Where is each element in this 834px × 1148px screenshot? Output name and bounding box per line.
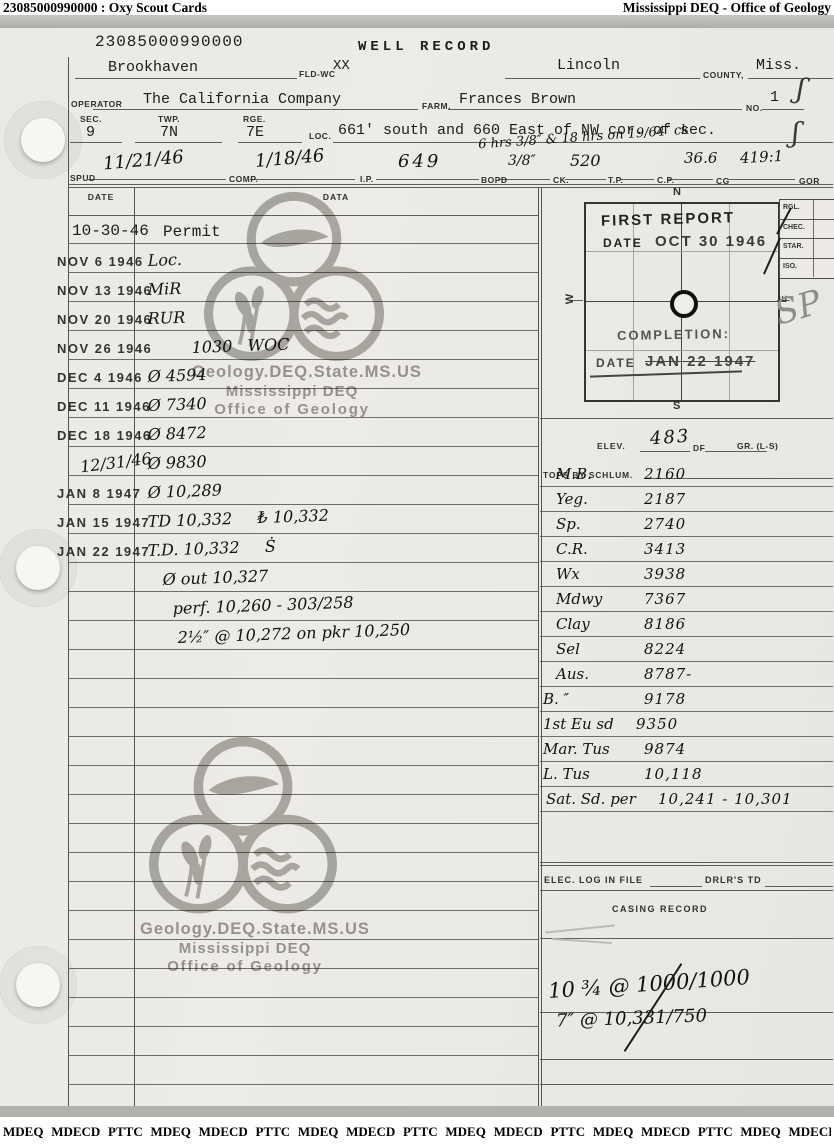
formation-depth: 2160 bbox=[644, 465, 686, 483]
rule-line bbox=[540, 865, 833, 866]
log-row-data: 2½″ @ 10,272 on pkr 10,250 bbox=[177, 620, 410, 647]
hole-punch bbox=[16, 963, 60, 1007]
log-row-date: 10-30-46 bbox=[72, 222, 149, 240]
ck-label: CK. bbox=[553, 175, 569, 185]
log-row: JAN 15 1947TD 10,332 ₺ 10,332 bbox=[68, 505, 538, 534]
formation-depth: 8224 bbox=[644, 640, 686, 658]
rule-line bbox=[68, 187, 833, 188]
formation-name: Wx bbox=[556, 565, 580, 583]
scan-bottom-edge bbox=[0, 1106, 834, 1117]
log-date-header: DATE bbox=[68, 192, 134, 202]
watermark-org: Mississippi DEQ bbox=[140, 940, 350, 957]
drlrs-td-label: DRLR'S TD bbox=[705, 875, 762, 885]
tops-row: L. Tus10,118 bbox=[540, 762, 833, 787]
log-row-date: NOV 20 1946 bbox=[57, 312, 152, 327]
formation-depth: 8186 bbox=[644, 615, 686, 633]
log-row: perf. 10,260 - 303/258 bbox=[68, 592, 538, 621]
county-name: Lincoln bbox=[557, 57, 620, 74]
bopd-value: 3/8″ bbox=[508, 153, 536, 169]
field-suffix: XX bbox=[333, 58, 350, 74]
cp-label: C.P. bbox=[657, 175, 674, 185]
completion-date-label: DATE bbox=[596, 356, 636, 370]
log-row-data: RUR bbox=[147, 308, 185, 328]
log-row-data: T.D. 10,332 Ṡ bbox=[147, 537, 276, 560]
rule-line bbox=[88, 179, 226, 180]
pen-mark: ʃ bbox=[791, 116, 800, 149]
formation-name: C.R. bbox=[556, 540, 588, 558]
elev-value: 483 bbox=[649, 426, 691, 450]
tops-row: Aus.8787- bbox=[540, 662, 833, 687]
bopd-label: BOPD bbox=[481, 175, 508, 185]
log-row-date: JAN 22 1947 bbox=[57, 544, 150, 559]
first-report-date: OCT 30 1946 bbox=[655, 233, 767, 250]
rule-line bbox=[728, 179, 795, 180]
deq-logo-watermark bbox=[203, 190, 385, 370]
tops-row: Sat. Sd. per10,241 - 10,301 bbox=[540, 787, 833, 812]
operator-label: OPERATOR bbox=[71, 99, 122, 109]
formation-depth: 9178 bbox=[644, 690, 686, 708]
viewer-source: Mississippi DEQ - Office of Geology bbox=[623, 0, 831, 16]
hole-punch bbox=[16, 546, 60, 590]
rule-line bbox=[70, 142, 122, 143]
rule-line bbox=[250, 179, 355, 180]
rule-line bbox=[762, 109, 804, 110]
checklist-label: ISO. bbox=[783, 263, 797, 270]
compass-south: S bbox=[673, 400, 680, 412]
tops-row: Mdwy7367 bbox=[540, 587, 833, 612]
rule-line bbox=[620, 179, 654, 180]
log-row-data: Ø 8472 bbox=[147, 423, 207, 444]
farm-label: FARM. bbox=[422, 101, 451, 111]
rule-line bbox=[748, 78, 833, 79]
tops-row: Sel8224 bbox=[540, 637, 833, 662]
deq-logo-watermark bbox=[148, 735, 338, 923]
state-name: Miss. bbox=[756, 57, 801, 74]
elev-df-label: DF bbox=[693, 443, 705, 453]
checklist-row: STAR. bbox=[780, 239, 834, 259]
county-label: COUNTY, bbox=[703, 70, 744, 80]
checklist-divider bbox=[813, 259, 814, 278]
completion-stamp: COMPLETION: bbox=[617, 326, 730, 343]
rule-line bbox=[75, 78, 297, 79]
rule-line bbox=[540, 418, 833, 419]
formation-name: M.B. bbox=[556, 465, 592, 483]
log-row-data: Loc. bbox=[147, 250, 182, 270]
checklist-row: CHEC. bbox=[780, 220, 834, 240]
log-row-data: perf. 10,260 - 303/258 bbox=[172, 593, 353, 618]
tops-row: Mar. Tus9874 bbox=[540, 737, 833, 762]
formation-name: Clay bbox=[556, 615, 590, 633]
watermark-org: Mississippi DEQ bbox=[192, 383, 392, 400]
rule-line bbox=[238, 142, 302, 143]
formation-name: 1st Eu sd bbox=[543, 715, 614, 733]
twp-value: 7N bbox=[160, 124, 178, 141]
formation-depth: 2187 bbox=[644, 490, 686, 508]
formation-name: Aus. bbox=[556, 665, 589, 683]
checklist-label: CHEC. bbox=[783, 224, 805, 231]
field-label: FLD-WC bbox=[299, 69, 336, 79]
rule-line bbox=[705, 451, 767, 452]
formation-name: Sp. bbox=[556, 515, 581, 533]
watermark-office: Office of Geology bbox=[192, 401, 392, 418]
log-row-data: Ø 10,289 bbox=[147, 480, 222, 502]
well-no-label: NO. bbox=[746, 103, 763, 113]
tops-row: Wx3938 bbox=[540, 562, 833, 587]
tops-row: 1st Eu sd9350 bbox=[540, 712, 833, 737]
rge-value: 7E bbox=[246, 124, 264, 141]
viewer-header: 23085000990000 : Oxy Scout Cards Mississ… bbox=[0, 0, 834, 15]
rule-line bbox=[565, 179, 606, 180]
log-row-date: NOV 26 1946 bbox=[57, 341, 152, 356]
footer-orgs: MDEQ MDECD PTTC MDEQ MDECD PTTC MDEQ MDE… bbox=[3, 1124, 831, 1140]
first-report-stamp: FIRST REPORT bbox=[601, 209, 735, 230]
viewer-footer: MDEQ MDECD PTTC MDEQ MDECD PTTC MDEQ MDE… bbox=[0, 1117, 834, 1148]
watermark-office: Office of Geology bbox=[140, 958, 350, 975]
formation-name: Sel bbox=[556, 640, 580, 658]
formation-depth: 7367 bbox=[644, 590, 686, 608]
checklist-divider bbox=[813, 200, 814, 219]
log-row: 2½″ @ 10,272 on pkr 10,250 bbox=[68, 621, 538, 650]
checklist-divider bbox=[813, 239, 814, 258]
formation-name: Sat. Sd. per bbox=[546, 790, 636, 808]
loc-label: LOC. bbox=[309, 131, 331, 141]
ip-value: 649 bbox=[398, 151, 441, 172]
viewer-title: 23085000990000 : Oxy Scout Cards bbox=[3, 0, 207, 16]
log-row: 12/31/46Ø 9830 bbox=[68, 447, 538, 476]
log-row: JAN 22 1947T.D. 10,332 Ṡ bbox=[68, 534, 538, 563]
field-name: Brookhaven bbox=[108, 59, 198, 76]
well-no-value: 1 bbox=[770, 89, 779, 106]
rule-line bbox=[650, 886, 702, 887]
watermark-url: Geology.DEQ.State.MS.US bbox=[140, 920, 350, 939]
cp-value: 36.6 bbox=[684, 149, 717, 167]
tp-label: T.P. bbox=[608, 175, 624, 185]
log-row-data: Ø 9830 bbox=[147, 452, 207, 473]
formation-depth: 10,241 - 10,301 bbox=[658, 790, 793, 808]
rule-line bbox=[540, 938, 833, 939]
compass-north: N bbox=[673, 186, 681, 198]
log-row-date: JAN 8 1947 bbox=[57, 486, 141, 501]
tops-row: Sp.2740 bbox=[540, 512, 833, 537]
log-row-date: JAN 15 1947 bbox=[57, 515, 150, 530]
comp-label: COMP. bbox=[229, 174, 258, 184]
card-title: WELL RECORD bbox=[358, 39, 494, 55]
rule-line bbox=[376, 179, 479, 180]
formation-depth: 3413 bbox=[644, 540, 686, 558]
elev-label: ELEV. bbox=[597, 441, 626, 451]
rule-line bbox=[668, 179, 713, 180]
log-row: DEC 18 1946Ø 8472 bbox=[68, 418, 538, 447]
log-row-date: NOV 6 1946 bbox=[57, 254, 144, 269]
formation-name: L. Tus bbox=[543, 765, 590, 783]
formation-name: Yeg. bbox=[556, 490, 588, 508]
formation-name: B. ″ bbox=[543, 690, 569, 708]
log-row-date: DEC 18 1946 bbox=[57, 428, 152, 443]
log-row-date: 12/31/46 bbox=[79, 449, 153, 477]
sec-label: SEC. bbox=[80, 114, 102, 124]
tops-row: B. ″9178 bbox=[540, 687, 833, 712]
hole-punch bbox=[21, 118, 65, 162]
checklist-divider bbox=[813, 220, 814, 239]
spud-label: SPUD bbox=[70, 173, 96, 183]
rule-line bbox=[135, 142, 222, 143]
rule-line bbox=[505, 78, 700, 79]
card-number: 23085000990000 bbox=[95, 33, 243, 51]
formation-depth: 10,118 bbox=[644, 765, 703, 783]
tops-row: Clay8186 bbox=[540, 612, 833, 637]
gor-label: GOR bbox=[799, 176, 820, 186]
rule-line bbox=[540, 890, 833, 891]
log-row-date: NOV 13 1946 bbox=[57, 283, 152, 298]
formation-name: Mdwy bbox=[556, 590, 602, 608]
log-row-date: DEC 4 1946 bbox=[57, 370, 143, 385]
checklist-row: ISO. bbox=[780, 259, 834, 278]
cg-value: 419:1 bbox=[740, 147, 784, 167]
checklist-label: STAR. bbox=[783, 243, 803, 250]
log-row-data: Ø out 10,327 bbox=[162, 566, 268, 589]
twp-label: TWP. bbox=[158, 114, 180, 124]
tops-row: C.R.3413 bbox=[540, 537, 833, 562]
log-row-date: DEC 11 1946 bbox=[57, 399, 151, 414]
first-report-date-label: DATE bbox=[603, 236, 643, 250]
tops-row: Yeg.2187 bbox=[540, 487, 833, 512]
rule-line bbox=[540, 1084, 833, 1085]
elev-gr-label: GR. (L-S) bbox=[737, 441, 778, 451]
scan-top-edge bbox=[0, 15, 834, 28]
rule-line bbox=[765, 886, 833, 887]
log-row-data: TD 10,332 ₺ 10,332 bbox=[147, 506, 329, 531]
formation-depth: 3938 bbox=[644, 565, 686, 583]
completion-date: JAN 22 1947 bbox=[645, 353, 755, 370]
formation-name: Mar. Tus bbox=[543, 740, 610, 758]
compass-west: W bbox=[564, 294, 576, 304]
formation-depth: 8787- bbox=[644, 665, 692, 683]
elec-log-label: ELEC. LOG IN FILE bbox=[544, 875, 643, 885]
rge-label: RGE. bbox=[243, 114, 266, 124]
watermark-url: Geology.DEQ.State.MS.US bbox=[192, 363, 392, 382]
rule-line bbox=[640, 451, 690, 452]
log-row: Ø out 10,327 bbox=[68, 563, 538, 592]
sec-value: 9 bbox=[86, 124, 95, 141]
rule-line bbox=[540, 1059, 833, 1060]
scout-card-viewer: 23085000990000 : Oxy Scout Cards Mississ… bbox=[0, 0, 834, 1148]
formation-depth: 2740 bbox=[644, 515, 686, 533]
log-row: JAN 8 1947Ø 10,289 bbox=[68, 476, 538, 505]
rule-line bbox=[448, 109, 742, 110]
formation-depth: 9350 bbox=[636, 715, 678, 733]
rule-line bbox=[540, 862, 833, 863]
rule-line bbox=[93, 109, 418, 110]
farm-name: Frances Brown bbox=[459, 91, 576, 108]
casing-record-header: CASING RECORD bbox=[612, 904, 708, 914]
well-location-marker bbox=[670, 290, 698, 318]
formation-depth: 9874 bbox=[644, 740, 686, 758]
cg-label: CG bbox=[716, 176, 730, 186]
operator-name: The California Company bbox=[143, 91, 341, 108]
ip-label: I.P. bbox=[360, 174, 374, 184]
tops-row: M.B.2160 bbox=[540, 462, 833, 487]
ck-value: 520 bbox=[570, 151, 601, 170]
log-row-data: MiR bbox=[147, 279, 181, 299]
rule-line bbox=[538, 188, 539, 1108]
